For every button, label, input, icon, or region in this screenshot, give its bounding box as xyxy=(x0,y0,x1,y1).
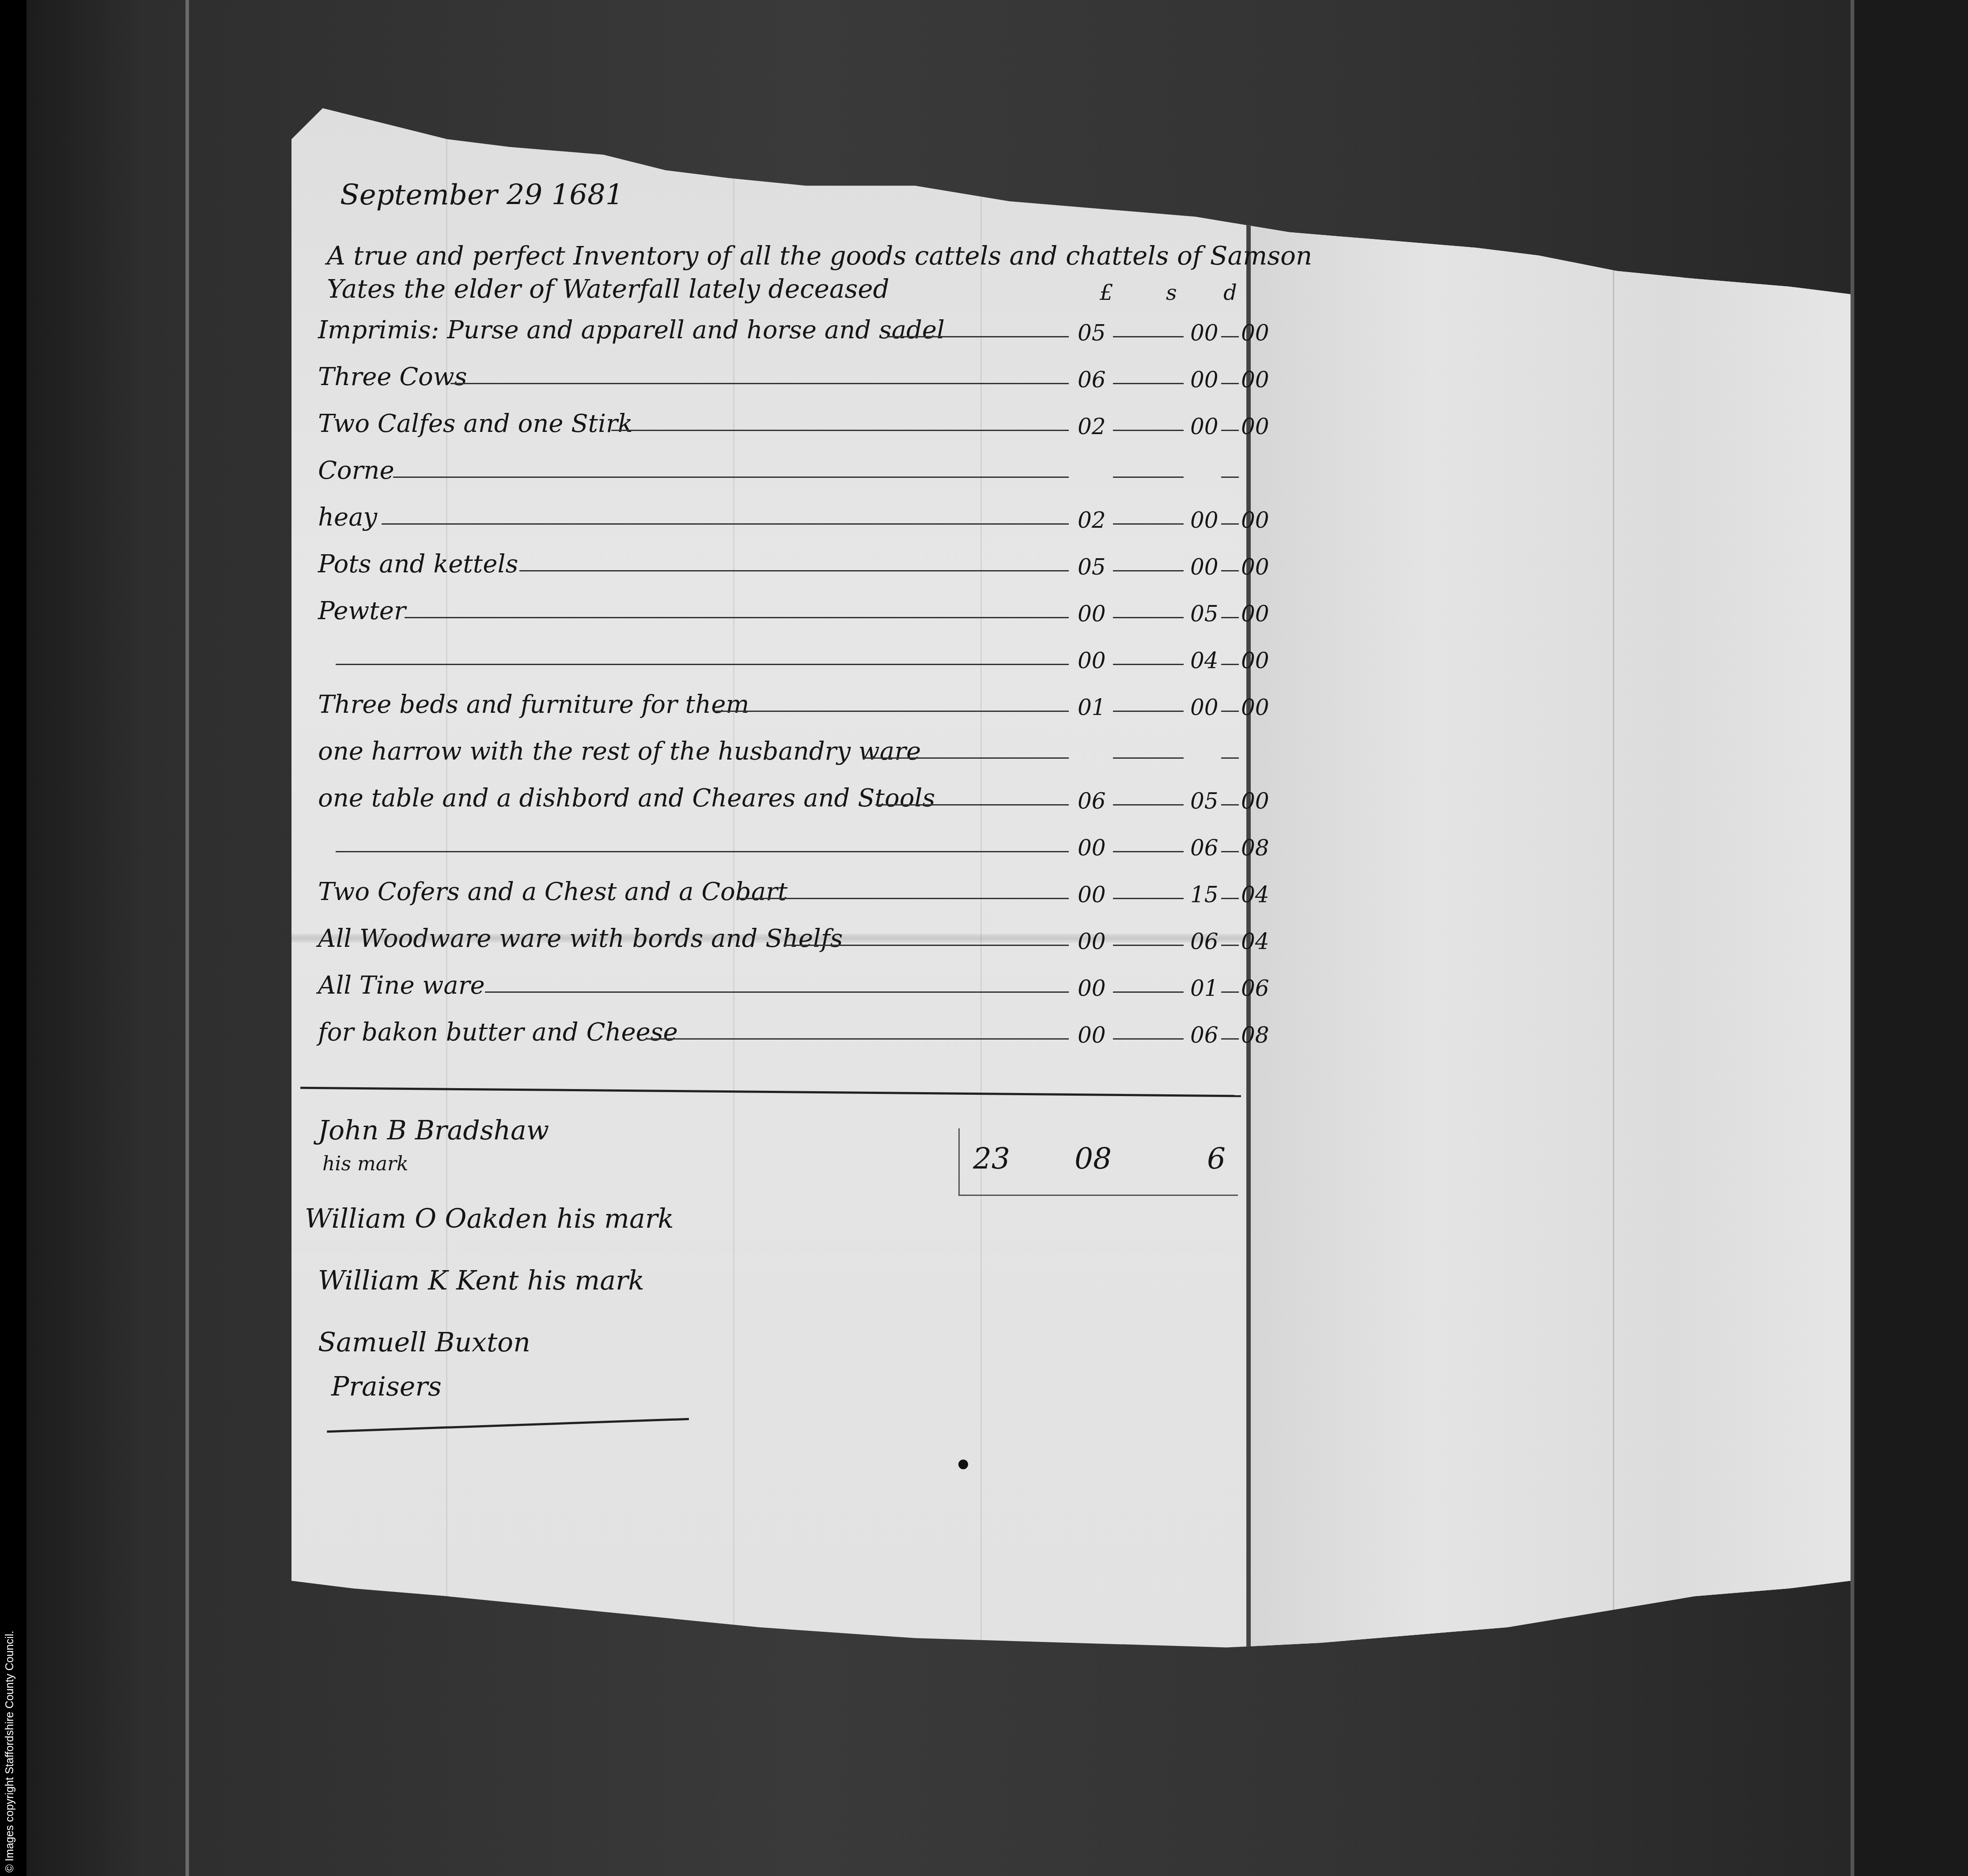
leader-line xyxy=(382,523,1069,525)
item-pounds: 01 xyxy=(1078,695,1106,720)
item-description: Pewter xyxy=(318,597,406,625)
leader-line xyxy=(1113,336,1184,337)
item-pence: 00 xyxy=(1241,788,1269,814)
leader-line xyxy=(646,1038,1069,1040)
leader-line xyxy=(1221,945,1239,946)
leader-line xyxy=(1113,945,1184,946)
frame-edge-left xyxy=(185,0,189,1876)
item-description: Imprimis: Purse and apparell and horse a… xyxy=(318,316,945,344)
leader-line xyxy=(1221,617,1239,618)
item-pence: 00 xyxy=(1241,648,1269,673)
item-description: Corne xyxy=(318,456,394,485)
item-description: Two Calfes and one Stirk xyxy=(318,409,633,438)
leader-line xyxy=(1113,523,1184,525)
leader-line xyxy=(336,851,1069,852)
item-shillings: 15 xyxy=(1190,882,1219,908)
leader-line xyxy=(1221,570,1239,571)
total-box: 23 08 6 xyxy=(958,1128,1238,1196)
leader-line xyxy=(1221,336,1239,337)
item-pounds: 00 xyxy=(1078,1022,1106,1048)
blank-facing-page xyxy=(1251,108,1851,1658)
item-description: All Tine ware xyxy=(318,971,485,1000)
leader-line xyxy=(1113,711,1184,712)
item-pounds: 00 xyxy=(1078,835,1106,861)
item-shillings: 01 xyxy=(1190,976,1219,1001)
item-shillings: 06 xyxy=(1190,835,1219,861)
leader-line xyxy=(1221,664,1239,665)
item-pence: 00 xyxy=(1241,320,1269,346)
inventory-row: 000608 xyxy=(318,831,1245,866)
inventory-row: All Tine ware000106 xyxy=(318,971,1245,1006)
leader-line xyxy=(1221,430,1239,431)
item-description: Three Cows xyxy=(318,363,467,391)
item-pounds: 00 xyxy=(1078,882,1106,908)
inventory-row: one table and a dishbord and Cheares and… xyxy=(318,784,1245,819)
item-shillings: 06 xyxy=(1190,1022,1219,1048)
column-header-pence: d xyxy=(1223,280,1237,305)
item-shillings: 06 xyxy=(1190,929,1219,954)
leader-line xyxy=(1221,523,1239,525)
closing-rule xyxy=(327,1418,689,1433)
item-pounds: 06 xyxy=(1078,367,1106,393)
leader-line xyxy=(1113,383,1184,384)
item-description: one table and a dishbord and Cheares and… xyxy=(318,784,935,813)
leader-line xyxy=(1113,617,1184,618)
item-pounds: 05 xyxy=(1078,554,1106,580)
leader-line xyxy=(1113,851,1184,852)
divider-rule xyxy=(300,1087,1241,1097)
leader-line xyxy=(1113,804,1184,806)
item-shillings: 00 xyxy=(1190,554,1219,580)
leader-line xyxy=(405,617,1069,618)
signature-3: William K Kent his mark xyxy=(318,1265,644,1296)
leader-line xyxy=(1221,477,1239,478)
item-pounds: 06 xyxy=(1078,788,1106,814)
leader-line xyxy=(1113,570,1184,571)
inventory-row: Pots and kettels050000 xyxy=(318,550,1245,585)
item-pence: 00 xyxy=(1241,695,1269,720)
item-pounds: 00 xyxy=(1078,648,1106,673)
leader-line xyxy=(1113,1038,1184,1040)
item-pence: 00 xyxy=(1241,554,1269,580)
signature-1: John B Bradshaw xyxy=(318,1115,549,1146)
leader-line xyxy=(1221,898,1239,899)
leader-line xyxy=(519,570,1069,571)
leader-line xyxy=(450,383,1069,384)
frame-edge-right xyxy=(1851,0,1854,1876)
leader-line xyxy=(875,804,1069,806)
right-border xyxy=(1855,0,1968,1876)
column-header-pounds: £ xyxy=(1100,280,1113,305)
item-pence: 00 xyxy=(1241,414,1269,439)
item-pence: 00 xyxy=(1241,367,1269,393)
item-pence: 04 xyxy=(1241,929,1269,954)
leader-line xyxy=(1221,757,1239,759)
leader-line xyxy=(783,945,1069,946)
item-description: Three beds and furniture for them xyxy=(318,690,749,719)
item-pounds: 00 xyxy=(1078,976,1106,1001)
item-description: heay xyxy=(318,503,377,532)
leader-line xyxy=(738,898,1069,899)
inventory-row: Two Calfes and one Stirk020000 xyxy=(318,409,1245,445)
inventory-row: heay020000 xyxy=(318,503,1245,538)
item-pence: 08 xyxy=(1241,835,1269,861)
leader-line xyxy=(336,664,1069,665)
signature-4: Samuell Buxton xyxy=(318,1327,530,1358)
item-pounds: 00 xyxy=(1078,929,1106,954)
item-shillings: 00 xyxy=(1190,367,1219,393)
leader-line xyxy=(1113,757,1184,759)
inventory-row: Three beds and furniture for them010000 xyxy=(318,690,1245,726)
item-shillings: 05 xyxy=(1190,601,1219,627)
total-pence: 6 xyxy=(1207,1142,1226,1176)
inventory-row: Pewter000500 xyxy=(318,597,1245,632)
leader-line xyxy=(1113,430,1184,431)
item-description: All Woodware ware with bords and Shelfs xyxy=(318,924,843,953)
item-shillings: 00 xyxy=(1190,320,1219,346)
inventory-row: All Woodware ware with bords and Shelfs0… xyxy=(318,924,1245,960)
inventory-row: Imprimis: Purse and apparell and horse a… xyxy=(318,316,1245,351)
item-description: Pots and kettels xyxy=(318,550,518,579)
leader-line xyxy=(393,477,1069,478)
total-shillings: 08 xyxy=(1075,1142,1112,1176)
item-pence: 06 xyxy=(1241,976,1269,1001)
copyright-notice: © Images copyright Staffordshire County … xyxy=(4,1431,16,1872)
item-pence: 00 xyxy=(1241,507,1269,533)
item-description: for bakon butter and Cheese xyxy=(318,1018,678,1047)
item-shillings: 04 xyxy=(1190,648,1219,673)
signature-2: William O Oakden his mark xyxy=(305,1203,674,1234)
leader-line xyxy=(1221,1038,1239,1040)
total-pounds: 23 xyxy=(973,1142,1010,1176)
leader-line xyxy=(1221,991,1239,993)
appraisers-label: Praisers xyxy=(331,1371,442,1402)
leader-line xyxy=(485,991,1069,993)
item-shillings: 00 xyxy=(1190,414,1219,439)
item-pence: 00 xyxy=(1241,601,1269,627)
signature-1-mark-note: his mark xyxy=(322,1153,409,1175)
leader-line xyxy=(611,430,1069,431)
item-description: Two Cofers and a Chest and a Cobart xyxy=(318,877,787,906)
inventory-date: September 29 1681 xyxy=(340,179,623,212)
leader-line xyxy=(864,757,1069,759)
leader-line xyxy=(1221,711,1239,712)
inventory-intro-line-2: Yates the elder of Waterfall lately dece… xyxy=(327,274,889,304)
item-pounds: 00 xyxy=(1078,601,1106,627)
inventory-row: Corne xyxy=(318,456,1245,492)
ink-spot xyxy=(958,1460,968,1469)
leader-line xyxy=(1221,804,1239,806)
item-pounds: 02 xyxy=(1078,414,1106,439)
item-pounds: 02 xyxy=(1078,507,1106,533)
item-pounds: 05 xyxy=(1078,320,1106,346)
fold-crease xyxy=(1613,108,1614,1658)
leader-line xyxy=(1113,991,1184,993)
leader-line xyxy=(1221,383,1239,384)
inventory-intro-line-1: A true and perfect Inventory of all the … xyxy=(327,241,1312,271)
column-header-shillings: s xyxy=(1166,280,1177,305)
item-shillings: 00 xyxy=(1190,507,1219,533)
inventory-row: Three Cows060000 xyxy=(318,363,1245,398)
inventory-row: one harrow with the rest of the husbandr… xyxy=(318,737,1245,772)
inventory-row: Two Cofers and a Chest and a Cobart00150… xyxy=(318,877,1245,913)
item-shillings: 00 xyxy=(1190,695,1219,720)
inventory-row: for bakon butter and Cheese000608 xyxy=(318,1018,1245,1053)
leader-line xyxy=(1113,664,1184,665)
item-pence: 08 xyxy=(1241,1022,1269,1048)
leader-line xyxy=(715,711,1069,712)
leader-line xyxy=(887,336,1069,337)
item-shillings: 05 xyxy=(1190,788,1219,814)
leader-line xyxy=(1113,898,1184,899)
leader-line xyxy=(1221,851,1239,852)
item-pence: 04 xyxy=(1241,882,1269,908)
leader-line xyxy=(1113,477,1184,478)
manuscript-sheet: September 29 1681 A true and perfect Inv… xyxy=(291,108,1851,1658)
inventory-row: 000400 xyxy=(318,643,1245,679)
item-description: one harrow with the rest of the husbandr… xyxy=(318,737,921,766)
